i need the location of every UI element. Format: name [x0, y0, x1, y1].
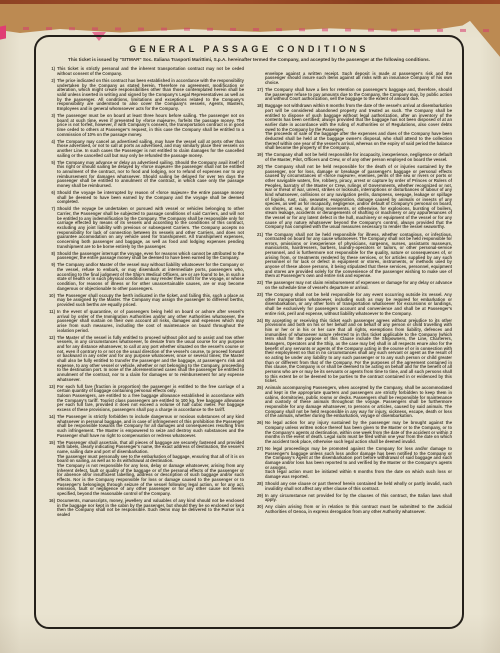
- clause-text: Documents, manuscripts, money, jewellery…: [57, 498, 244, 517]
- clause-number: 12): [46, 336, 55, 341]
- clause-text: The Company may advance or delay an adve…: [57, 160, 244, 188]
- clause-text: Should any one clause or part thereof he…: [265, 481, 452, 491]
- clause-item: 29)In any circumstance not provided for …: [254, 494, 452, 503]
- clause-number: 30): [254, 505, 263, 510]
- clause-number: 21): [254, 233, 263, 238]
- clause-item: 19)The Company shall not be held respons…: [254, 153, 452, 162]
- left-column: 1)This ticket is strictly personal and t…: [46, 67, 244, 520]
- clause-item: 26)No legal action for any injury sustai…: [254, 421, 452, 444]
- clause-text: No legal action for any injury sustained…: [265, 420, 452, 444]
- clause-text: Should the voyage be undertaken or pursu…: [57, 206, 244, 248]
- clause-text: The Company shall not be held responsibl…: [265, 152, 452, 162]
- clause-item: 25)Animals accompanying Passengers, when…: [254, 386, 452, 419]
- clause-item: 28)Should any one clause or part thereof…: [254, 482, 452, 491]
- clause-number: 26): [254, 421, 263, 426]
- clause-number: 22): [254, 281, 263, 286]
- clause-item: 13)For each full fare (fraction in propo…: [46, 385, 244, 413]
- clause-text: The Company shall not be held responsibl…: [265, 164, 452, 230]
- clause-text: Animals accompanying Passengers, when ac…: [265, 385, 452, 418]
- clause-item: 15)The Passenger shall ascertain, that a…: [46, 441, 244, 497]
- clause-number: 3): [46, 114, 55, 119]
- clause-item: 24)By accepting or receiving this ticket…: [254, 319, 452, 384]
- clause-item: 1)This ticket is strictly personal and t…: [46, 67, 244, 76]
- clause-text: Should the voyage be interrupted by reas…: [57, 190, 244, 204]
- clause-number: 23): [254, 293, 263, 298]
- kraft-paper-top-edge: [0, 0, 500, 4]
- clause-text: The Passenger shall ascertain, that all …: [57, 440, 244, 496]
- clause-16-continuation: envelope against a written receipt. Such…: [254, 72, 452, 86]
- clause-item: 21)The Company shall not be held respons…: [254, 233, 452, 280]
- page-title: GENERAL PASSAGE CONDITIONS: [46, 44, 452, 54]
- clause-item: 6)Should the voyage be interrupted by re…: [46, 191, 244, 205]
- clause-item: 22)The passenger may not claim reimburse…: [254, 281, 452, 290]
- clause-number: 15): [46, 441, 55, 446]
- clause-number: 9): [46, 263, 55, 268]
- clause-text: The passenger may not claim reimbursemen…: [265, 280, 452, 290]
- clause-item: 17)The Company shall have a lien for ret…: [254, 88, 452, 102]
- clause-item: 27)No legal proceedings may be promoted …: [254, 447, 452, 480]
- clause-item: 10)The Passenger shall occupy the berth …: [46, 294, 244, 308]
- pink-tear-mark-left: [0, 25, 6, 39]
- clause-item: 5)The Company may advance or delay an ad…: [46, 161, 244, 189]
- clause-item: 9)The Company and/or Master of the vesse…: [46, 263, 244, 291]
- clause-item: 14)The Passenger is strictly forbidden t…: [46, 415, 244, 438]
- clause-text: The Master of the vessel is fully entitl…: [57, 335, 244, 382]
- clause-number: 4): [46, 140, 55, 145]
- clause-text: This ticket is strictly personal and the…: [57, 66, 244, 76]
- clause-item: 2)The price indicated on this contract h…: [46, 79, 244, 112]
- clause-text: The Passenger shall occupy the berth ind…: [57, 293, 244, 307]
- clause-item: 12)The Master of the vessel is fully ent…: [46, 336, 244, 383]
- clause-item: 20)The Company shall not be held respons…: [254, 165, 452, 230]
- clause-item: 18)Baggage not withdrawn within 6 months…: [254, 104, 452, 151]
- clause-item: 11)In the event of quarantine, or of pas…: [46, 310, 244, 333]
- clause-number: 24): [254, 319, 263, 324]
- clause-text: Should the passenger interrupt the voyag…: [57, 251, 244, 261]
- clause-text: By accepting or receiving this ticket ea…: [265, 318, 452, 384]
- clause-item: 3)The passenger must be on board at leas…: [46, 114, 244, 137]
- clause-number: 27): [254, 447, 263, 452]
- clause-text: In any circumstance not provided for by …: [265, 493, 452, 503]
- clause-item: 4)The Company may cancel an advertised s…: [46, 140, 244, 159]
- clause-number: 13): [46, 385, 55, 390]
- right-clause-list: 17)The Company shall have a lien for ret…: [254, 88, 452, 515]
- clause-item: 30)Any claim arising from or in relation…: [254, 505, 452, 514]
- clause-number: 6): [46, 191, 55, 196]
- clause-text: The Company shall not be held responsibl…: [265, 292, 452, 316]
- issuer-subtitle: This ticket is issued by "SITMAR" Soc. I…: [52, 57, 446, 62]
- clause-item: 8)Should the passenger interrupt the voy…: [46, 252, 244, 261]
- clause-number: 8): [46, 252, 55, 257]
- two-column-text: 1)This ticket is strictly personal and t…: [46, 67, 452, 520]
- clause-item: 7)Should the voyage be undertaken or pur…: [46, 207, 244, 249]
- clause-number: 25): [254, 386, 263, 391]
- clause-text: In the event of quarantine, or of passen…: [57, 309, 244, 333]
- clause-text: The Company may cancel an advertised sai…: [57, 139, 244, 158]
- clause-text: The Company shall not be held responsibl…: [265, 232, 452, 279]
- right-column: envelope against a written receipt. Such…: [254, 67, 452, 520]
- clause-item: 16)Documents, manuscripts, money, jewell…: [46, 499, 244, 518]
- clause-text: The Passenger is strictly forbidden to i…: [57, 414, 244, 438]
- clause-text: Baggage not withdrawn within 6 months fr…: [265, 103, 452, 150]
- clause-number: 7): [46, 207, 55, 212]
- conditions-border-frame: GENERAL PASSAGE CONDITIONS This ticket i…: [34, 35, 464, 629]
- clause-text: For each full fare (fraction in proporti…: [57, 384, 244, 412]
- clause-text: Any claim arising from or in relation to…: [265, 504, 452, 514]
- clause-number: 17): [254, 88, 263, 93]
- clause-text: The passenger must be on board at least …: [57, 113, 244, 137]
- clause-number: 5): [46, 161, 55, 166]
- clause-text: The Company and/or Master of the vessel …: [57, 262, 244, 290]
- scanned-ticket-page: { "document": { "title": "GENERAL PASSAG…: [0, 0, 500, 653]
- clause-text: No legal proceedings may be promoted aga…: [265, 446, 452, 479]
- clause-number: 10): [46, 294, 55, 299]
- clause-number: 19): [254, 153, 263, 158]
- clause-number: 16): [46, 499, 55, 504]
- clause-number: 28): [254, 482, 263, 487]
- clause-item: 23)The Company shall not be held respons…: [254, 293, 452, 316]
- left-clause-list: 1)This ticket is strictly personal and t…: [46, 67, 244, 517]
- clause-number: 20): [254, 165, 263, 170]
- clause-text: The price indicated on this contract has…: [57, 78, 244, 111]
- clause-number: 14): [46, 415, 55, 420]
- clause-number: 18): [254, 104, 263, 109]
- clause-text: The Company shall have a lien for retent…: [265, 87, 452, 101]
- clause-number: 29): [254, 494, 263, 499]
- clause-number: 1): [46, 67, 55, 72]
- clause-number: 2): [46, 79, 55, 84]
- clause-number: 11): [46, 310, 55, 315]
